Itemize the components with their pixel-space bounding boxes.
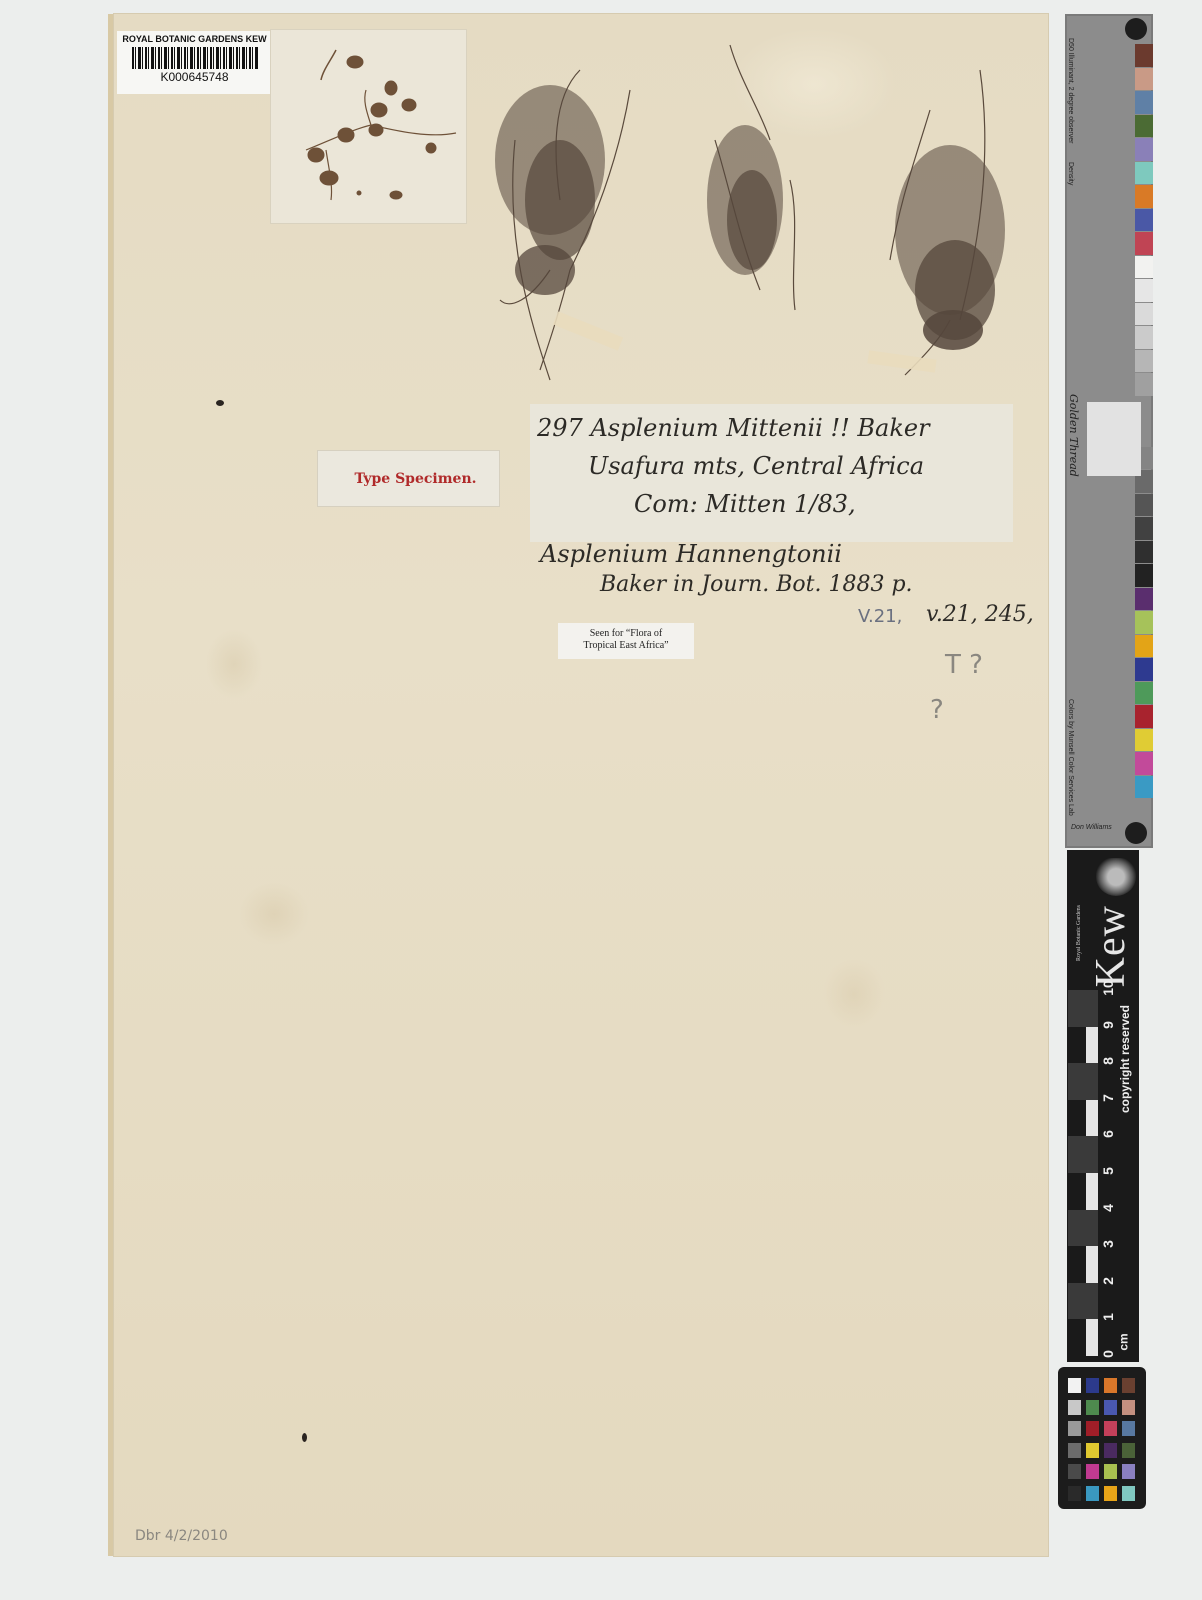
color-patch-9 (1135, 232, 1153, 255)
ruler-unit: cm (1117, 1333, 1131, 1350)
ruler-tick-3: 3 (1100, 1234, 1116, 1254)
color-patch-21 (1135, 564, 1153, 587)
color-patch-23 (1135, 611, 1153, 634)
color-patch-22 (1135, 588, 1153, 611)
color-patch-8 (1135, 209, 1153, 232)
ruler-block (1068, 1210, 1098, 1247)
flora-tropical-east-africa-label: Seen for “Flora of Tropical East Africa” (558, 623, 694, 659)
ruler-block (1068, 1283, 1098, 1320)
ruler-tick-7: 7 (1100, 1088, 1116, 1108)
chart-header-text: D50 Illuminant, 2 degree observer (1067, 38, 1074, 143)
checker-chip (1104, 1486, 1117, 1501)
ruler-block (1068, 990, 1098, 1027)
gray-scale-target (1087, 402, 1141, 476)
color-patch-28 (1135, 729, 1153, 752)
color-patch-6 (1135, 162, 1153, 185)
chart-hole-icon (1125, 822, 1147, 844)
color-patch-27 (1135, 705, 1153, 728)
color-patch-14 (1135, 350, 1153, 373)
color-patch-5 (1135, 138, 1153, 161)
ruler-block (1086, 1100, 1098, 1137)
ruler-block (1068, 1063, 1098, 1100)
chart-density-label: Density (1067, 162, 1074, 185)
color-patch-18 (1135, 494, 1153, 517)
color-patch-3 (1135, 91, 1153, 114)
seen-line-2: Tropical East Africa” (558, 640, 694, 652)
checker-chip (1104, 1400, 1117, 1415)
ruler-tick-8: 8 (1100, 1051, 1116, 1071)
annotation-line-1: Asplenium Hannengtonii (540, 540, 842, 568)
pencil-mark-question: ? (930, 695, 944, 725)
label-line-3: Com: Mitten 1/83, (634, 490, 856, 518)
checker-chip (1086, 1400, 1099, 1415)
color-patch-2 (1135, 68, 1153, 91)
annotation-line-3: v.21, 245, (926, 602, 1034, 627)
ruler-block (1086, 1246, 1098, 1283)
chart-footer-text: Colors by Munsell Color Services Lab (1067, 699, 1074, 816)
checker-chip (1068, 1486, 1081, 1501)
ruler-tick-4: 4 (1100, 1198, 1116, 1218)
color-patch-10 (1135, 256, 1153, 279)
checker-chip (1104, 1443, 1117, 1458)
checker-chip (1122, 1378, 1135, 1393)
ruler-tick-2: 2 (1100, 1271, 1116, 1291)
checker-chip (1104, 1464, 1117, 1479)
color-patch-20 (1135, 541, 1153, 564)
barcode-label: ROYAL BOTANIC GARDENS KEW K000645748 (117, 31, 272, 94)
color-patch-13 (1135, 326, 1153, 349)
specimen-plants (490, 40, 1030, 390)
ruler-tick-1: 1 (1100, 1307, 1116, 1327)
color-patch-26 (1135, 682, 1153, 705)
checker-chip (1086, 1443, 1099, 1458)
checker-chip (1068, 1421, 1081, 1436)
checker-chip (1086, 1378, 1099, 1393)
color-patch-29 (1135, 752, 1153, 775)
pencil-mark-t: T ? (945, 650, 983, 680)
barcode-icon (132, 47, 258, 69)
color-patch-1 (1135, 44, 1153, 67)
checker-chip (1122, 1400, 1135, 1415)
type-specimen-label: Type Specimen. (318, 451, 499, 506)
color-patch-4 (1135, 115, 1153, 138)
ruler-block (1086, 1319, 1098, 1356)
checker-chip (1104, 1378, 1117, 1393)
annotation-volume-pencil: V.21, (858, 606, 902, 627)
ruler-tick-5: 5 (1100, 1161, 1116, 1181)
checker-chip (1086, 1464, 1099, 1479)
checker-chip (1068, 1464, 1081, 1479)
copyright-text: copyright reserved (1118, 1005, 1132, 1113)
curation-date-note: Dbr 4/2/2010 (135, 1528, 228, 1544)
label-line-2: Usafura mts, Central Africa (588, 452, 924, 480)
plant-fragment-icon (271, 30, 466, 223)
ruler-tick-10: 10 (1100, 978, 1116, 998)
checker-chip (1104, 1421, 1117, 1436)
color-patch-24 (1135, 635, 1153, 658)
barcode-number: K000645748 (117, 70, 272, 84)
royal-crest-icon (1096, 858, 1136, 896)
annotation-line-2: Baker in Journ. Bot. 1883 p. (600, 572, 913, 597)
color-patch-19 (1135, 517, 1153, 540)
institution-name: ROYAL BOTANIC GARDENS KEW (117, 34, 272, 44)
loose-fragment (216, 400, 224, 406)
ruler-tick-0: 0 (1100, 1344, 1116, 1364)
checker-chip (1086, 1421, 1099, 1436)
ruler-block (1086, 1027, 1098, 1064)
chart-hole-icon (1125, 18, 1147, 40)
kew-subtitle: Royal Botanic Gardens (1076, 905, 1082, 961)
loose-fragment (302, 1433, 307, 1442)
checker-chip (1068, 1378, 1081, 1393)
color-patch-30 (1135, 776, 1153, 799)
checker-chip (1068, 1443, 1081, 1458)
chart-signature: Don Williams (1071, 824, 1112, 831)
kew-logo: Kew (1087, 905, 1135, 987)
ruler-block (1068, 1136, 1098, 1173)
checker-chip (1068, 1400, 1081, 1415)
checker-chip (1122, 1443, 1135, 1458)
color-patch-12 (1135, 303, 1153, 326)
ruler-tick-6: 6 (1100, 1124, 1116, 1144)
checker-chip (1122, 1486, 1135, 1501)
checker-chip (1086, 1486, 1099, 1501)
type-specimen-text: Type Specimen. (354, 471, 476, 487)
color-patch-25 (1135, 658, 1153, 681)
ruler-tick-9: 9 (1100, 1015, 1116, 1035)
fragment-packet (271, 30, 466, 223)
chart-brand: Golden Thread (1067, 394, 1080, 477)
seen-line-1: Seen for “Flora of (558, 628, 694, 640)
ruler-block (1086, 1173, 1098, 1210)
checker-chip (1122, 1421, 1135, 1436)
color-patch-7 (1135, 185, 1153, 208)
label-line-1: 297 Asplenium Mittenii !! Baker (537, 414, 930, 442)
color-patch-11 (1135, 279, 1153, 302)
checker-chip (1122, 1464, 1135, 1479)
color-patch-15 (1135, 373, 1153, 396)
